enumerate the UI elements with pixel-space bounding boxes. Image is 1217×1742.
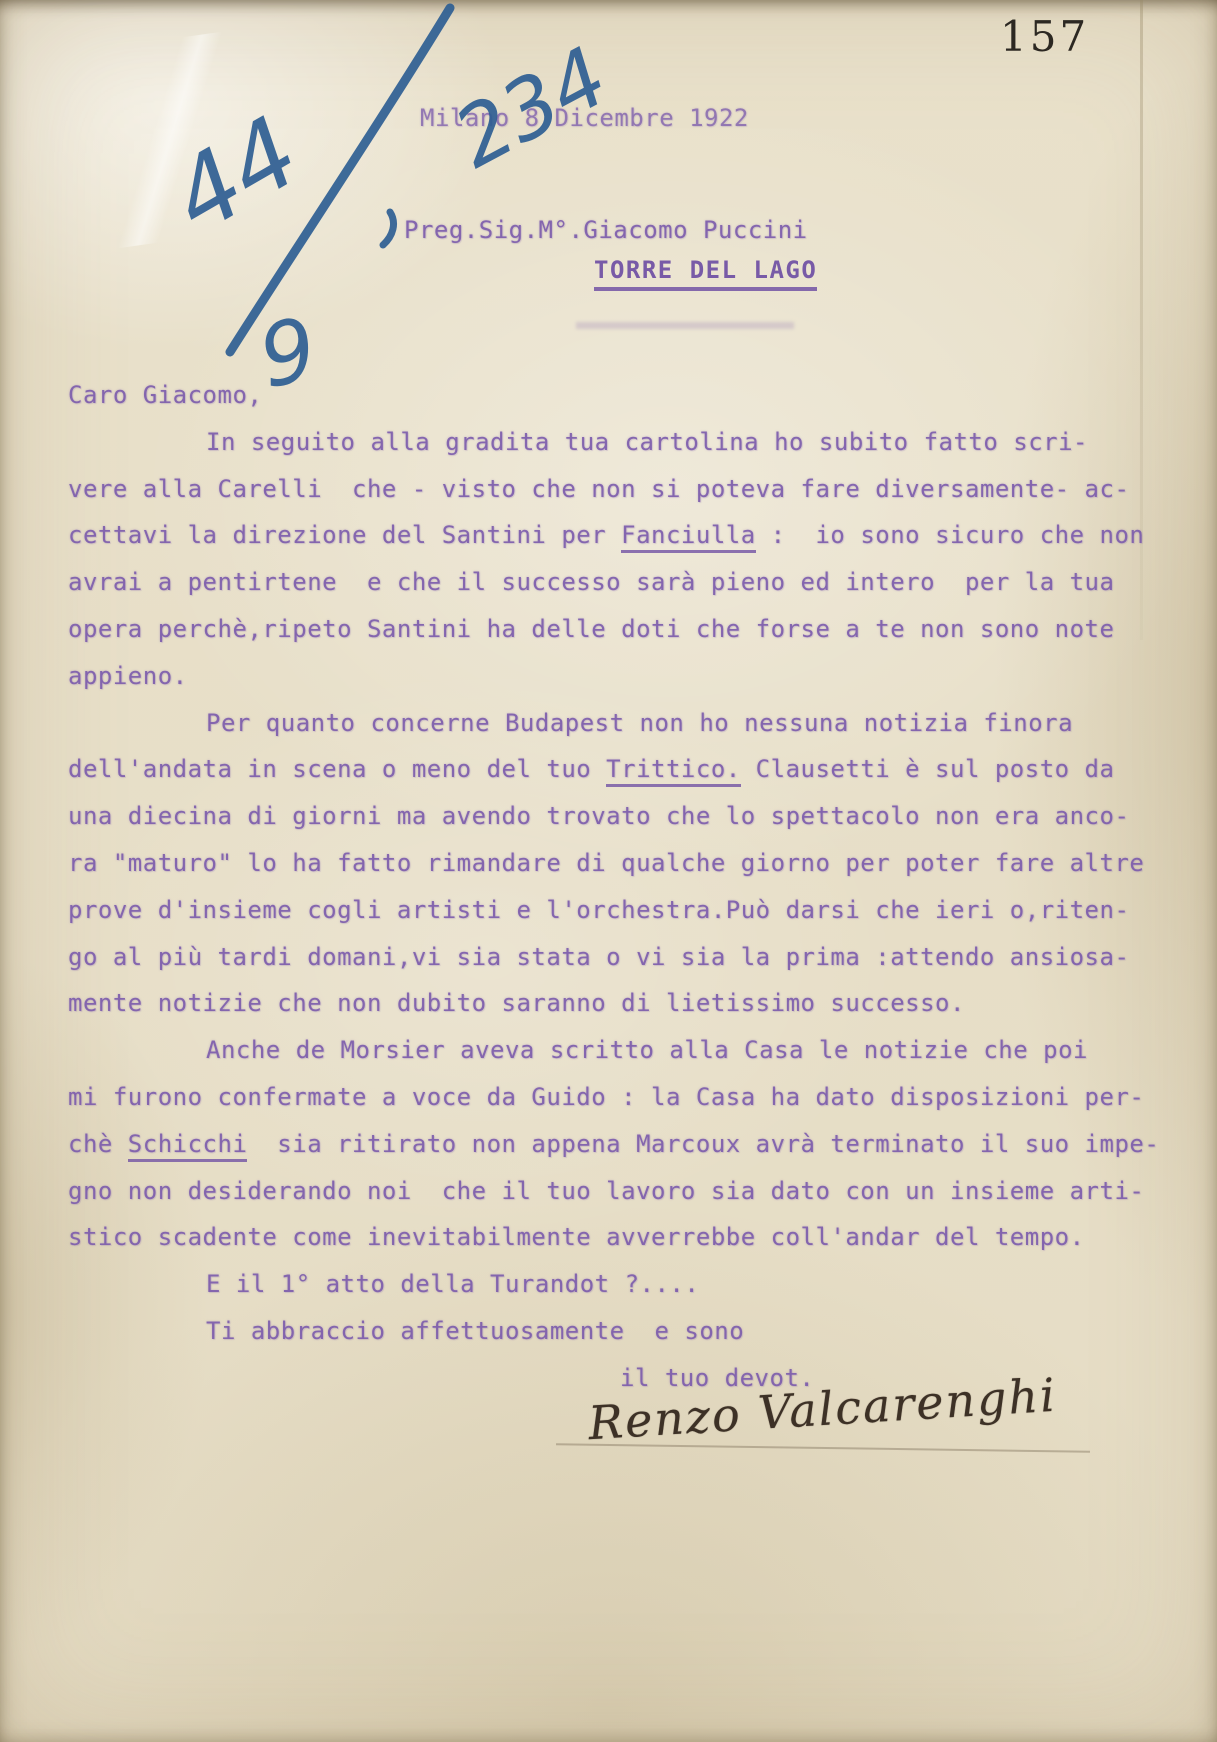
body-line-segment: chè	[68, 1130, 128, 1158]
handwritten-number-bottom: 9	[251, 299, 325, 408]
underlined-word-schicchi: Schicchi	[128, 1130, 248, 1162]
handwritten-number-left: 44	[153, 95, 318, 256]
handwritten-registry-annotation: 44 234 9	[0, 0, 650, 430]
body-line: avrai a pentirtene e che il successo sar…	[68, 559, 1178, 606]
letter-body: Caro Giacomo, In seguito alla gradita tu…	[68, 372, 1178, 1402]
body-line: chè Schicchi sia ritirato non appena Mar…	[68, 1121, 1178, 1168]
body-line: una diecina di giorni ma avendo trovato …	[68, 793, 1178, 840]
body-line: cettavi la direzione del Santini per Fan…	[68, 512, 1178, 559]
body-line-segment: : io sono sicuro che non	[756, 521, 1145, 549]
body-line-segment: sia ritirato non appena Marcoux avrà ter…	[247, 1130, 1159, 1158]
body-line: mente notizie che non dubito saranno di …	[68, 980, 1178, 1027]
body-line: Anche de Morsier aveva scritto alla Casa…	[68, 1027, 1178, 1074]
handwritten-number-top: 234	[440, 29, 623, 186]
body-line: appieno.	[68, 653, 1178, 700]
body-line: prove d'insieme cogli artisti e l'orches…	[68, 887, 1178, 934]
body-line-segment: Clausetti è sul posto da	[741, 755, 1115, 783]
body-line: gno non desiderando noi che il tuo lavor…	[68, 1168, 1178, 1215]
body-line: dell'andata in scena o meno del tuo Trit…	[68, 746, 1178, 793]
handwritten-tick-stroke	[383, 212, 394, 245]
body-line: ra "maturo" lo ha fatto rimandare di qua…	[68, 840, 1178, 887]
body-line-segment: cettavi la direzione del Santini per	[68, 521, 621, 549]
body-line: Ti abbraccio affettuosamente e sono	[68, 1308, 1178, 1355]
body-line: go al più tardi domani,vi sia stata o vi…	[68, 934, 1178, 981]
body-line: vere alla Carelli che - visto che non si…	[68, 466, 1178, 513]
body-line: opera perchè,ripeto Santini ha delle dot…	[68, 606, 1178, 653]
letter-page: 157 Milano 8 Dicembre 1922 Preg.Sig.M°.G…	[0, 0, 1217, 1742]
folio-number: 157	[1000, 12, 1089, 61]
body-line: Per quanto concerne Budapest non ho ness…	[68, 700, 1178, 747]
body-line: stico scadente come inevitabilmente avve…	[68, 1214, 1178, 1261]
body-line: mi furono confermate a voce da Guido : l…	[68, 1074, 1178, 1121]
underlined-word-trittico: Trittico.	[606, 755, 741, 787]
body-line-segment: dell'andata in scena o meno del tuo	[68, 755, 606, 783]
body-line: E il 1° atto della Turandot ?....	[68, 1261, 1178, 1308]
underlined-word-fanciulla: Fanciulla	[621, 521, 756, 553]
